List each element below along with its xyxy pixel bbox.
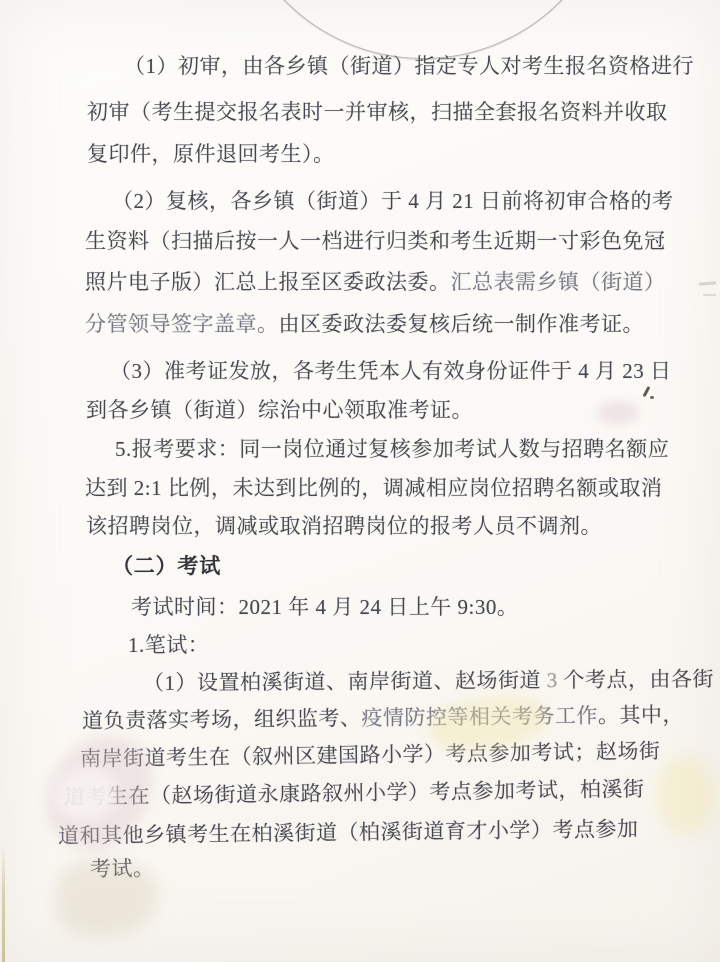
text-segment: 照片电子版）汇总上报至区委政法委。 xyxy=(85,270,451,294)
text-segment: 初审（考生提交报名表时一并审核，扫描全套报名资料并收取 xyxy=(87,100,668,124)
text-line: 达到 2:1 比例，未达到比例的，调减相应岗位招聘名额或取消 xyxy=(85,474,662,502)
text-line: 生资料（扫描后按一人一档进行归类和考生近期一寸彩色免冠 xyxy=(85,227,666,255)
text-line: 复印件，原件退回考生）。 xyxy=(87,140,335,168)
text-segment: 到各乡镇（街道）综治中心领取准考证。 xyxy=(86,398,473,422)
text-line: 5.报考要求：同一岗位通过复核参加考试人数与招聘名额应 xyxy=(115,435,669,463)
text-line: 道考生在（赵场街道永康路叙州小学）考点参加考试，柏溪街 xyxy=(64,775,645,811)
text-segment: 考试。 xyxy=(90,856,155,881)
text-segment: 由区委政法委复核后统一制作准考证。 xyxy=(279,312,645,336)
text-segment: （1）初审，由各乡镇（街道）指定专人对考生报名资格进行 xyxy=(124,54,694,78)
text-segment: 道和其他乡镇考生在柏溪街道（柏溪街道育才小学）考点参加 xyxy=(58,817,639,848)
text-segment: 达到 2:1 比例，未达到比例的，调减相应岗位招聘名额或取消 xyxy=(85,476,662,500)
text-line: （1）初审，由各乡镇（街道）指定专人对考生报名资格进行 xyxy=(124,52,694,80)
text-segment: 疫情防控等相关考务工作 xyxy=(361,704,598,730)
text-line: 照片电子版）汇总上报至区委政法委。汇总表需乡镇（街道） xyxy=(85,268,666,296)
text-line: 1.笔试： xyxy=(128,631,209,659)
text-line: （3）准考证发放，各考生凭本人有效身份证件于 4 月 23 日 xyxy=(110,357,672,385)
text-segment: 。其中， xyxy=(598,703,684,728)
text-line: 道负责落实考场，组织监考、疫情防控等相关考务工作。其中， xyxy=(82,701,684,735)
text-line: 初审（考生提交报名表时一并审核，扫描全套报名资料并收取 xyxy=(87,98,668,126)
text-segment: 汇总表需乡镇（街道） xyxy=(451,270,666,294)
text-layer: （1）初审，由各乡镇（街道）指定专人对考生报名资格进行初审（考生提交报名表时一并… xyxy=(0,0,720,962)
text-segment: 个考点，由各街 xyxy=(558,667,714,692)
text-line: 考试时间：2021 年 4 月 24 日上午 9:30。 xyxy=(131,593,518,621)
text-line: （2）复核，各乡镇（街道）于 4 月 21 日前将初审合格的考 xyxy=(112,187,674,215)
text-line: （1）设置柏溪街道、南岸街道、赵场街道 3 个考点，由各街 xyxy=(143,665,714,697)
text-segment: 考试时间：2021 年 4 月 24 日上午 9:30。 xyxy=(131,595,518,619)
text-line: 该招聘岗位，调减或取消招聘岗位的报考人员不调剂。 xyxy=(86,512,602,540)
text-segment: （1）设置柏溪街道、南岸街道、赵场街道 xyxy=(143,668,547,695)
text-segment: （2）复核，各乡镇（街道）于 4 月 21 日前将初审合格的考 xyxy=(112,189,674,213)
text-segment: 复印件，原件退回考生）。 xyxy=(87,142,335,166)
text-segment: 生资料（扫描后按一人一档进行归类和考生近期一寸彩色免冠 xyxy=(85,229,666,253)
text-segment: （3）准考证发放，各考生凭本人有效身份证件于 4 月 23 日 xyxy=(110,359,672,383)
text-segment: 5.报考要求：同一岗位通过复核参加考试人数与招聘名额应 xyxy=(115,437,669,461)
text-line: 到各乡镇（街道）综治中心领取准考证。 xyxy=(86,396,473,424)
text-segment: 分管领导签字盖章。 xyxy=(85,312,279,336)
text-segment: 1.笔试： xyxy=(128,633,209,657)
scanned-document-page: （1）初审，由各乡镇（街道）指定专人对考生报名资格进行初审（考生提交报名表时一并… xyxy=(0,0,720,962)
text-segment: 南岸街道考生在（叙州区建国路小学）考点参加考试；赵场街 xyxy=(80,739,661,771)
text-line: 分管领导签字盖章。由区委政法委复核后统一制作准考证。 xyxy=(85,310,644,338)
text-line: 道和其他乡镇考生在柏溪街道（柏溪街道育才小学）考点参加 xyxy=(58,815,639,850)
text-segment: 道考生在（赵场街道永康路叙州小学）考点参加考试，柏溪街 xyxy=(64,777,645,809)
text-line: 考试。 xyxy=(90,854,155,883)
text-segment: 该招聘岗位，调减或取消招聘岗位的报考人员不调剂。 xyxy=(86,514,602,538)
text-line: 南岸街道考生在（叙州区建国路小学）考点参加考试；赵场街 xyxy=(80,737,661,773)
text-segment: （二）考试 xyxy=(112,554,221,578)
text-segment: 道负责落实考场，组织监考、 xyxy=(82,706,362,733)
text-segment: 3 xyxy=(547,668,558,692)
text-line: （二）考试 xyxy=(112,552,221,580)
